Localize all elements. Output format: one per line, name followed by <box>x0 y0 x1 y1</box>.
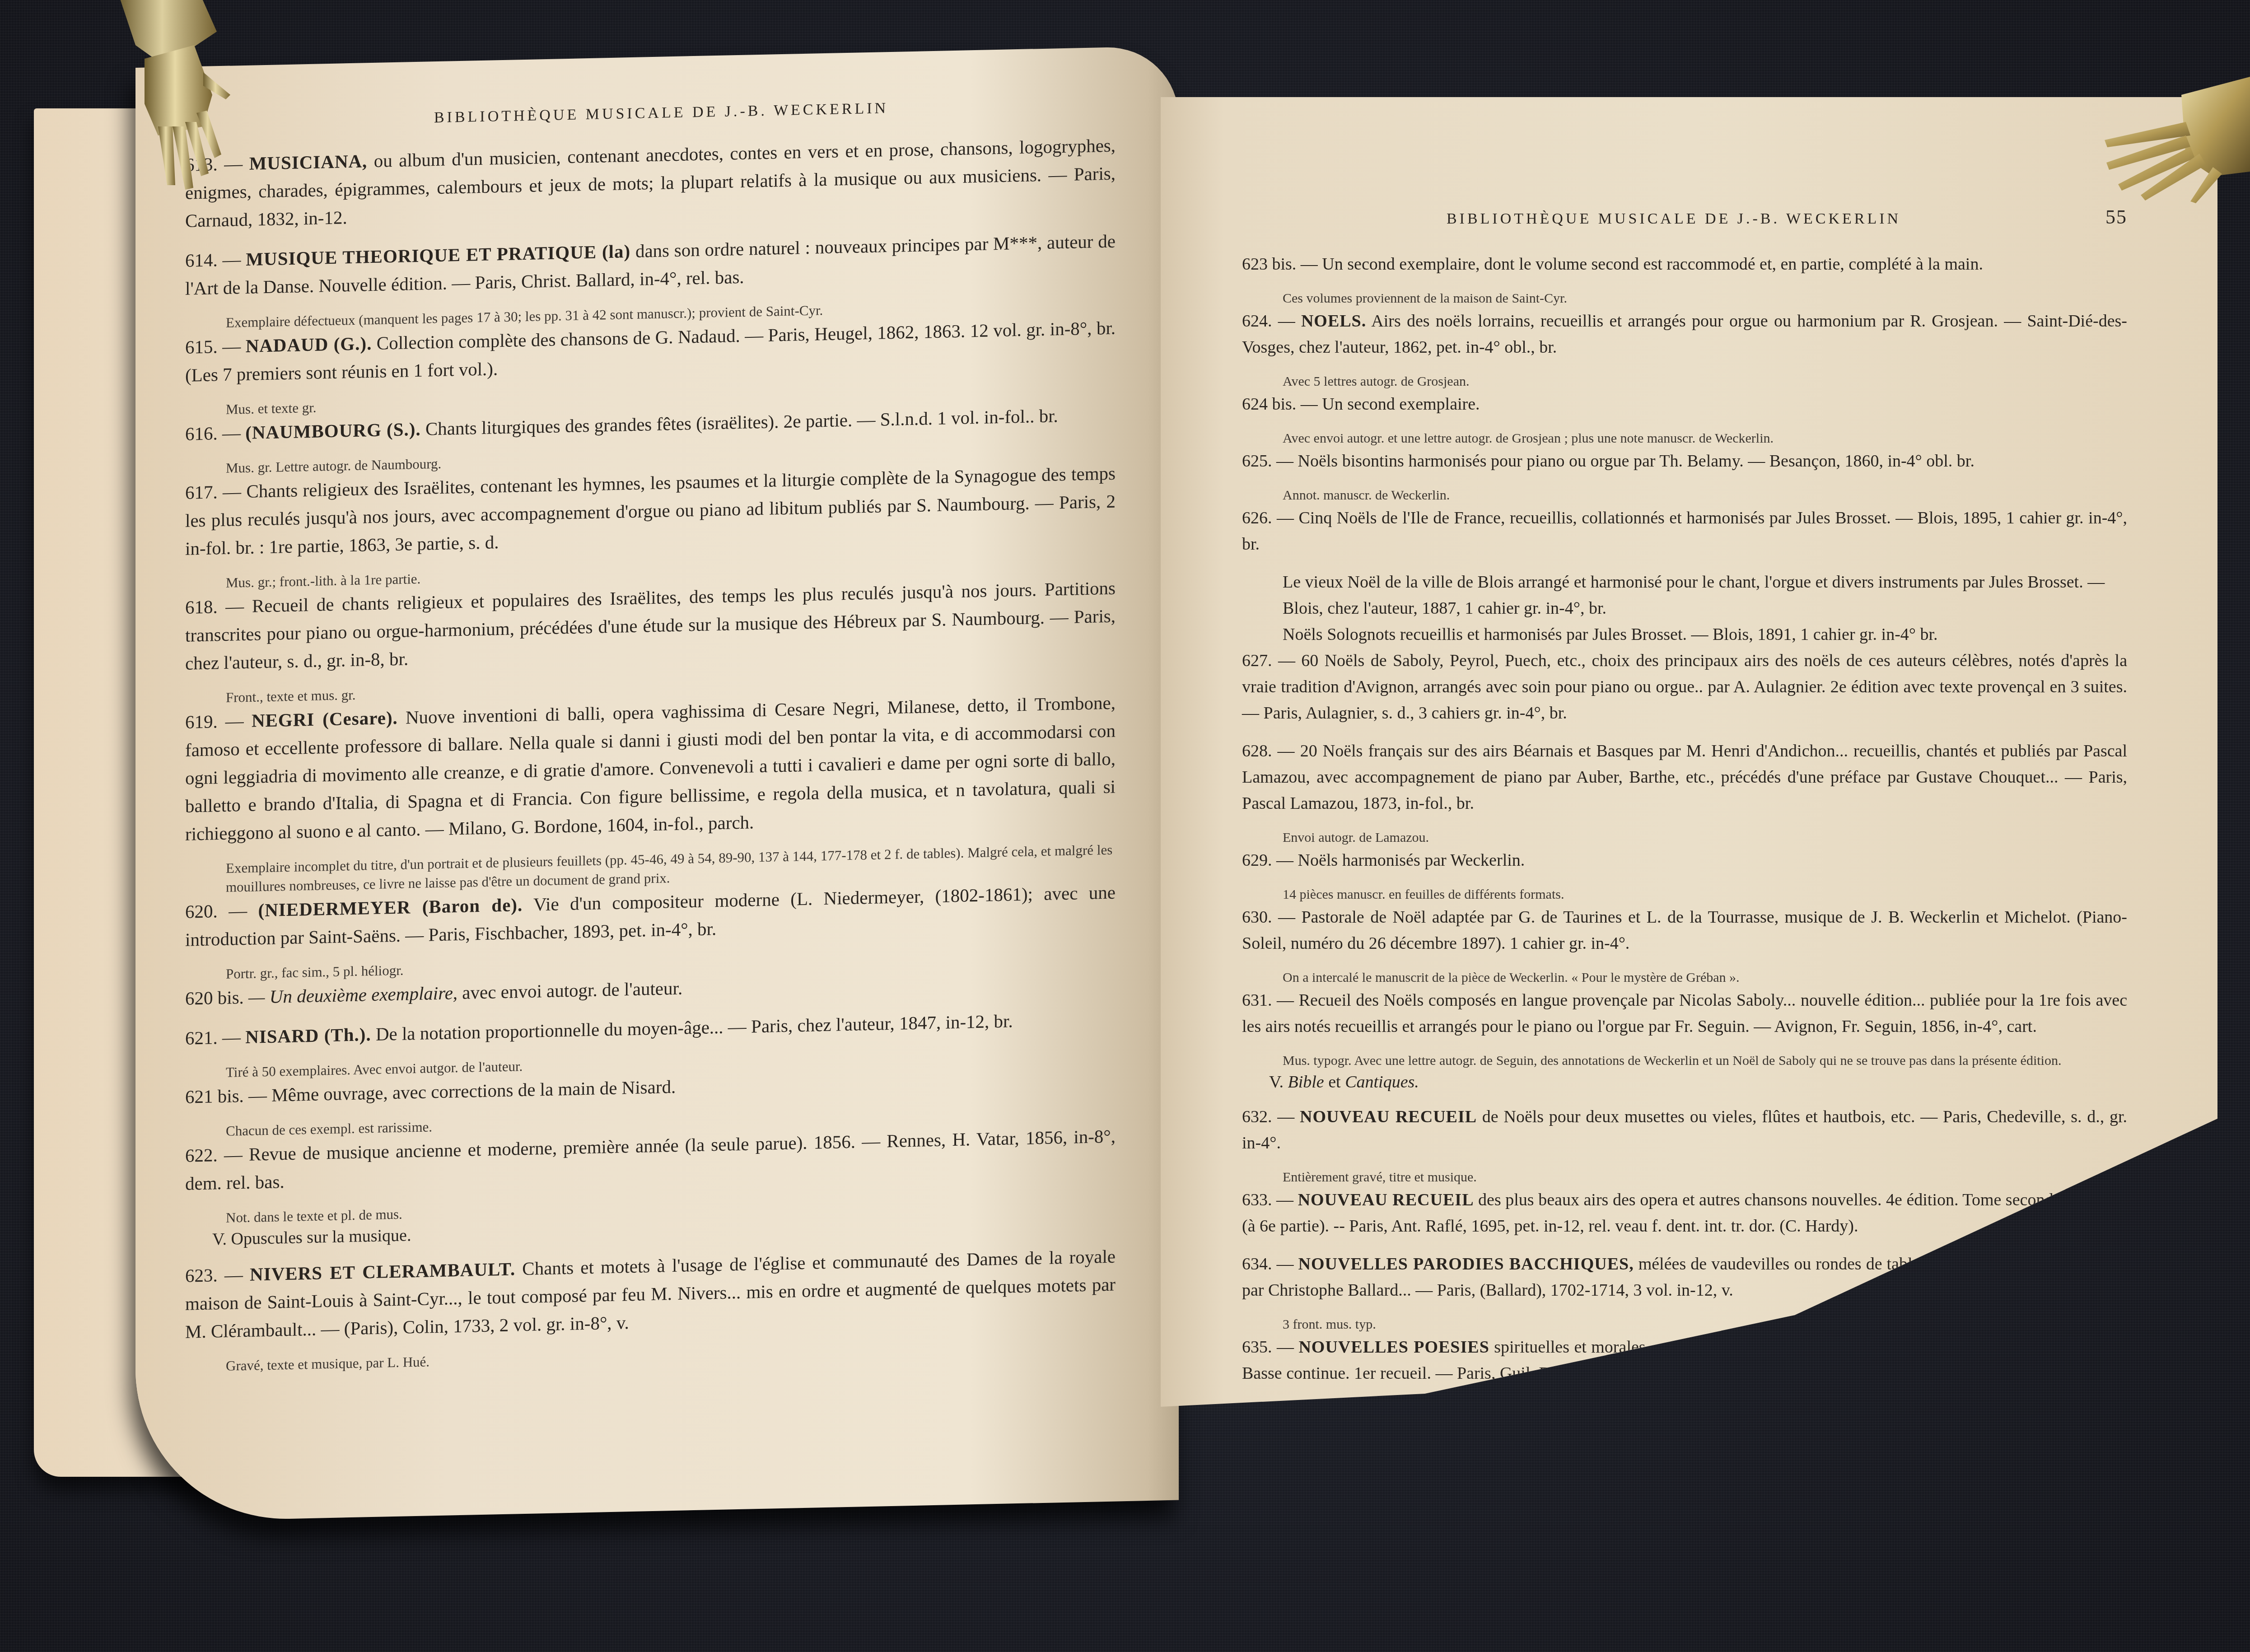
entry-text: — Un second exemplaire. <box>1301 395 1480 414</box>
left-page: 54 Bibliothèque musicale de J.-B. Wecker… <box>135 46 1179 1522</box>
catalog-entry: 624. — NOELS. Airs des noëls lorrains, r… <box>1242 308 2127 360</box>
entry-number: 623 bis. <box>1242 255 1296 274</box>
entry-note: Mus. typogr. Avec une lettre autogr. de … <box>1283 1051 2127 1070</box>
entry-number: 620 bis. <box>185 987 244 1009</box>
running-title: Bibliothèque musicale de J.-B. Weckerlin <box>1242 210 2105 228</box>
catalog-entry: 630. — Pastorale de Noël adaptée par G. … <box>1242 904 2127 957</box>
catalog-entry: 623 bis. — Un second exemplaire, dont le… <box>1242 251 2127 277</box>
see-also-part: Bible <box>1288 1073 1324 1092</box>
entry-number: 620. <box>185 901 218 922</box>
entry-number: 618. <box>185 596 218 618</box>
catalog-entry: 621. — NISARD (Th.). De la notation prop… <box>185 1005 1116 1052</box>
entry-number: 621 bis. <box>185 1085 244 1107</box>
entry-number: 624. <box>1242 312 1272 331</box>
entry-text: — Noëls harmonisés par Weckerlin. <box>1276 851 1525 870</box>
entry-number: 622. <box>185 1144 218 1166</box>
entry-text: De la notation proportionnelle du moyen-… <box>376 1010 1013 1045</box>
entry-text: — Recueil des Noëls composés en langue p… <box>1242 991 2127 1036</box>
entry-italic: — Un deuxième exemplaire, <box>248 982 457 1008</box>
catalog-entry: 634. — NOUVELLES PARODIES BACCHIQUES, mé… <box>1242 1251 2127 1303</box>
entry-text: Airs des noëls lorrains, recueillis et a… <box>1242 312 2127 357</box>
entry-number: 627. <box>1242 651 1272 670</box>
entry-text: — Recueil de chants religieux et populai… <box>185 578 1116 674</box>
entry-note: On a intercalé le manuscrit de la pièce … <box>1283 968 2127 987</box>
entry-text: — Pastorale de Noël adaptée par G. de Ta… <box>1242 908 2127 953</box>
entry-heading: NEGRI (Cesare). <box>252 707 398 731</box>
entry-text: — 60 Noëls de Saboly, Peyrol, Puech, etc… <box>1242 651 2127 723</box>
entry-note: Ces volumes proviennent de la maison de … <box>1283 289 2127 308</box>
running-title: Bibliothèque musicale de J.-B. Weckerlin <box>207 95 1116 131</box>
entry-subitem: Le vieux Noël de la ville de Blois arran… <box>1242 569 2127 621</box>
entry-number: 632. <box>1242 1107 1272 1126</box>
brass-hand-clip-right-icon <box>2096 68 2250 203</box>
entry-heading: MUSIQUE THEORIQUE ET PRATIQUE (la) <box>246 241 630 270</box>
catalog-entry: 627. — 60 Noëls de Saboly, Peyrol, Puech… <box>1242 648 2127 726</box>
entry-note: 14 pièces manuscr. en feuilles de différ… <box>1283 885 2127 904</box>
entry-heading: NOUVELLES POESIES <box>1298 1338 1489 1357</box>
entry-number: 630. <box>1242 908 1272 927</box>
catalog-entry: 631. — Recueil des Noëls composés en lan… <box>1242 987 2127 1040</box>
entry-heading: NOUVEAU RECUEIL <box>1298 1190 1474 1209</box>
entry-note: Entièrement gravé, titre et musique. <box>1283 1168 2127 1187</box>
catalog-entry: 613. — MUSICIANA, ou album d'un musicien… <box>185 131 1116 235</box>
catalog-entry: 628. — 20 Noëls français sur des airs Bé… <box>1242 738 2127 817</box>
catalog-entry: 625. — Noëls bisontins harmonisés pour p… <box>1242 448 2127 474</box>
entry-text: — Même ouvrage, avec corrections de la m… <box>248 1076 676 1106</box>
entry-note: 3 front. mus. typ. <box>1283 1315 2127 1334</box>
entry-number: 633. <box>1242 1190 1272 1209</box>
entry-text: Chants et motets à l'usage de l'église e… <box>185 1246 1116 1342</box>
catalog-entries: 623 bis. — Un second exemplaire, dont le… <box>1242 251 2127 1386</box>
see-also-part: et <box>1328 1073 1340 1092</box>
entry-number: 626. <box>1242 509 1272 527</box>
brass-hand-clip-left-icon <box>54 0 307 190</box>
catalog-entry: 623. — NIVERS ET CLERAMBAULT. Chants et … <box>185 1242 1116 1346</box>
entry-text: — Noëls bisontins harmonisés pour piano … <box>1276 452 1975 471</box>
entry-heading: (NIEDERMEYER (Baron de). <box>258 894 523 920</box>
entry-note: Avec envoi autogr. et une lettre autogr.… <box>1283 429 2127 448</box>
entry-number: 616. <box>185 423 218 444</box>
entry-heading: NADAUD (G.). <box>246 333 372 356</box>
catalog-entry: 632. — NOUVEAU RECUEIL de Noëls pour deu… <box>1242 1104 2127 1156</box>
entry-note: Annot. manuscr. de Weckerlin. <box>1283 486 2127 505</box>
page-number: 55 <box>2105 205 2127 229</box>
see-also-part: Cantiques. <box>1345 1073 1419 1092</box>
entry-heading: NOUVEAU RECUEIL <box>1300 1107 1477 1126</box>
catalog-entry: 614. — MUSIQUE THEORIQUE ET PRATIQUE (la… <box>185 227 1116 303</box>
entry-text: — Un second exemplaire, dont le volume s… <box>1301 255 1983 274</box>
entry-number: 634. <box>1242 1255 1272 1274</box>
entry-note: Envoi autogr. de Lamazou. <box>1283 828 2127 847</box>
entry-number: 629. <box>1242 851 1272 870</box>
entry-text: ou album d'un musicien, contenant anecdo… <box>185 135 1116 231</box>
entry-number: 635. <box>1242 1338 1272 1357</box>
entry-note: Gravé, texte et musique, par L. Hué. <box>226 1338 1116 1376</box>
entry-text: — Cinq Noëls de l'Ile de France, recueil… <box>1242 509 2127 554</box>
entry-number: 624 bis. <box>1242 395 1296 414</box>
see-also: V. Bible et Cantiques. <box>1269 1072 2127 1092</box>
running-head-left: 54 Bibliothèque musicale de J.-B. Wecker… <box>185 90 1116 133</box>
entry-heading: NOELS. <box>1301 312 1366 331</box>
entry-number: 631. <box>1242 991 1272 1010</box>
entry-number: 615. <box>185 336 218 358</box>
entry-number: 623. <box>185 1265 218 1286</box>
entry-heading: NIVERS ET CLERAMBAULT. <box>250 1258 515 1284</box>
entry-text: — Chants religieux des Israëlites, conte… <box>185 463 1116 559</box>
entry-number: 621. <box>185 1027 218 1049</box>
entry-note: Avec 5 lettres autogr. de Grosjean. <box>1283 372 2127 391</box>
catalog-entry: 624 bis. — Un second exemplaire. <box>1242 391 2127 417</box>
entry-text: — 20 Noëls français sur des airs Béarnai… <box>1242 742 2127 813</box>
catalog-entry: 619. — NEGRI (Cesare). Nuove inventioni … <box>185 689 1116 848</box>
catalog-entry: 633. — NOUVEAU RECUEIL des plus beaux ai… <box>1242 1187 2127 1239</box>
entry-heading: NISARD (Th.). <box>245 1024 371 1047</box>
entry-subitem: Noëls Solognots recueillis et harmonisés… <box>1242 621 2127 648</box>
right-page: Bibliothèque musicale de J.-B. Weckerlin… <box>1161 97 2217 1407</box>
entry-number: 617. <box>185 481 218 503</box>
entry-heading: NOUVELLES PARODIES BACCHIQUES, <box>1298 1255 1634 1274</box>
entry-text: avec envoi autogr. de l'auteur. <box>462 978 682 1003</box>
entry-number: 619. <box>185 711 218 733</box>
catalog-entries: 613. — MUSICIANA, ou album d'un musicien… <box>185 131 1116 1377</box>
see-also-part: V. <box>1269 1073 1284 1092</box>
entry-number: 614. <box>185 249 218 271</box>
catalog-entry: 626. — Cinq Noëls de l'Ile de France, re… <box>1242 505 2127 557</box>
running-head-right: Bibliothèque musicale de J.-B. Weckerlin… <box>1242 205 2127 229</box>
entry-heading: (NAUMBOURG (S.). <box>245 419 420 443</box>
entry-number: 625. <box>1242 452 1272 471</box>
entry-number: 628. <box>1242 742 1272 761</box>
catalog-entry: 635. — NOUVELLES POESIES spirituelles et… <box>1242 1334 2127 1386</box>
catalog-entry: 629. — Noëls harmonisés par Weckerlin. <box>1242 847 2127 873</box>
